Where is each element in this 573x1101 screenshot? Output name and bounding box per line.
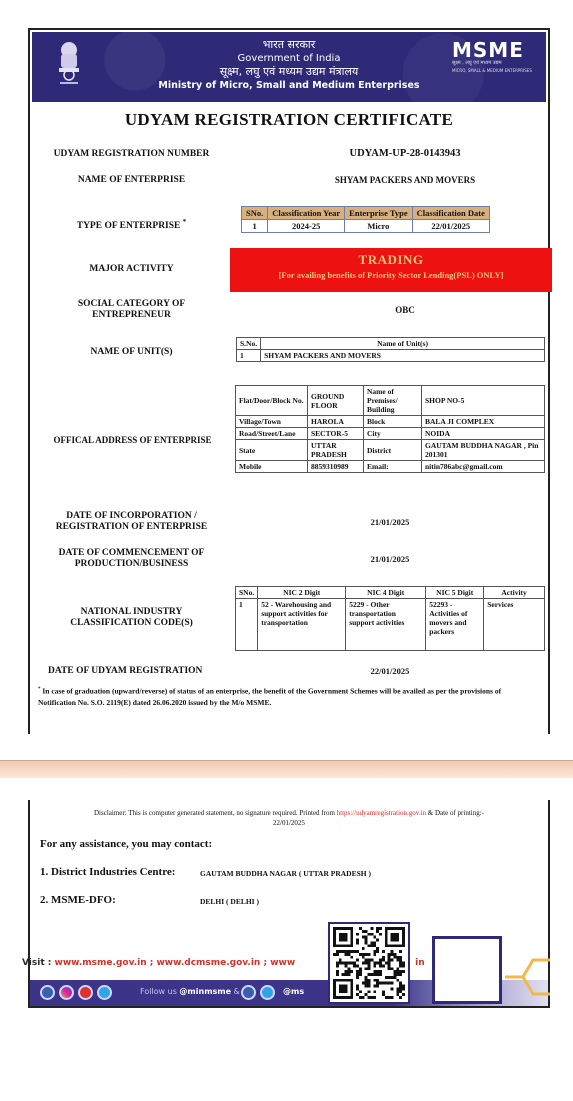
- address-field-value: nitin786abc@gmail.com: [422, 461, 545, 473]
- follow-handle[interactable]: @minmsme: [179, 987, 231, 996]
- nic-table: SNo.NIC 2 DigitNIC 4 DigitNIC 5 DigitAct…: [235, 586, 545, 651]
- address-field-label: Email:: [364, 461, 422, 473]
- address-table: Flat/Door/Block No.GROUND FLOORName of P…: [235, 385, 545, 473]
- enterprise-name-label: NAME OF ENTERPRISE: [44, 175, 219, 186]
- table-row: 152 - Warehousing and support activities…: [236, 599, 545, 651]
- units-label: NAME OF UNIT(S): [44, 347, 219, 358]
- table-row: 1 SHYAM PACKERS AND MOVERS: [237, 350, 545, 362]
- facebook-icon[interactable]: [241, 985, 256, 1000]
- disclaimer-suffix: & Date of printing:-: [426, 809, 484, 817]
- hexagon-decoration-icon: [505, 950, 550, 1006]
- footnote: * In case of graduation (upward/reverse)…: [38, 684, 540, 708]
- follow-us-text: Follow us @minmsme &: [140, 987, 240, 996]
- visit-urls[interactable]: www.msme.gov.in ; www.dcmsme.gov.in ; ww…: [55, 958, 296, 968]
- ministry-banner: भारत सरकार Government of India सूक्ष्म, …: [32, 32, 546, 102]
- type-label-text: TYPE OF ENTERPRISE: [77, 221, 181, 231]
- address-field-label: Road/Street/Lane: [236, 428, 308, 440]
- header-enterprise-type: Enterprise Type: [345, 207, 412, 220]
- address-field-value: NOIDA: [422, 428, 545, 440]
- address-field-label: Mobile: [236, 461, 308, 473]
- address-field-value: GROUND FLOOR: [308, 386, 364, 416]
- address-field-value: HAROLA: [308, 416, 364, 428]
- address-field-value: UTTAR PRADESH: [308, 440, 364, 461]
- address-field-label: Flat/Door/Block No.: [236, 386, 308, 416]
- blank-frame: [432, 936, 502, 1004]
- footnote-text: In case of graduation (upward/reverse) o…: [38, 687, 501, 707]
- udyam-date-label: DATE OF UDYAM REGISTRATION: [48, 666, 223, 677]
- nic-header: NIC 5 Digit: [426, 587, 484, 599]
- major-activity-label: MAJOR ACTIVITY: [44, 264, 219, 275]
- certificate-title: UDYAM REGISTRATION CERTIFICATE: [30, 110, 548, 130]
- enterprise-type-table: SNo. Classification Year Enterprise Type…: [241, 206, 490, 233]
- major-activity-note: [For availing benefits of Priority Secto…: [230, 269, 552, 281]
- disclaimer-prefix: Disclaimer: This is computer generated s…: [94, 809, 337, 817]
- address-field-value: GAUTAM BUDDHA NAGAR , Pin 201301: [422, 440, 545, 461]
- qr-code-icon: [333, 927, 405, 999]
- table-header-row: S.No. Name of Unit(s): [237, 338, 545, 350]
- assistance-heading: For any assistance, you may contact:: [40, 838, 212, 850]
- address-field-value: 8859310989: [308, 461, 364, 473]
- twitter-icon[interactable]: [97, 985, 112, 1000]
- nic-header: NIC 2 Digit: [258, 587, 346, 599]
- table-row: 1 2024-25 Micro 22/01/2025: [242, 220, 490, 233]
- banner-english-line2: Ministry of Micro, Small and Medium Ente…: [32, 79, 546, 92]
- nic-header: SNo.: [236, 587, 258, 599]
- address-field-label: Block: [364, 416, 422, 428]
- enterprise-name: SHYAM PACKERS AND MOVERS: [260, 175, 550, 185]
- cell-enterprise-type: Micro: [345, 220, 412, 233]
- table-row: Road/Street/LaneSECTOR-5CityNOIDA: [236, 428, 545, 440]
- contact-label-dic: 1. District Industries Centre:: [40, 866, 175, 878]
- msme-logo-text: MSME: [452, 40, 534, 60]
- nic-cell: 5229 - Other transportation support acti…: [346, 599, 426, 651]
- registration-number: UDYAM-UP-28-0143943: [260, 148, 550, 159]
- facebook-icon[interactable]: [40, 985, 55, 1000]
- nic-cell: 1: [236, 599, 258, 651]
- table-row: Flat/Door/Block No.GROUND FLOORName of P…: [236, 386, 545, 416]
- type-asterisk: *: [183, 218, 187, 226]
- msme-logo: MSME सूक्ष्म , लघु एवं मध्यम उद्यम MICRO…: [452, 40, 534, 76]
- youtube-icon[interactable]: [78, 985, 93, 1000]
- cell-sno: 1: [237, 350, 261, 362]
- type-of-enterprise-label: TYPE OF ENTERPRISE *: [44, 217, 219, 232]
- cell-sno: 1: [242, 220, 268, 233]
- visit-tail: in: [415, 958, 425, 968]
- header-sno: S.No.: [237, 338, 261, 350]
- cell-classification-date: 22/01/2025: [412, 220, 489, 233]
- certificate-page: भारत सरकार Government of India सूक्ष्म, …: [28, 28, 550, 734]
- address-field-value: SHOP NO-5: [422, 386, 545, 416]
- footnote-mark: *: [38, 687, 41, 692]
- address-field-value: SECTOR-5: [308, 428, 364, 440]
- address-field-label: City: [364, 428, 422, 440]
- disclaimer-link[interactable]: https://udyamregistration.gov.in: [337, 809, 426, 817]
- nic-cell: 52 - Warehousing and support activities …: [258, 599, 346, 651]
- disclaimer: Disclaimer: This is computer generated s…: [40, 808, 538, 828]
- twitter-icon[interactable]: [260, 985, 275, 1000]
- address-field-label: Name of Premises/ Building: [364, 386, 422, 416]
- contact-value-msme-dfo: DELHI ( DELHI ): [200, 897, 259, 906]
- follow-amp: &: [231, 987, 240, 996]
- printing-date: 22/01/2025: [273, 819, 305, 827]
- table-row: Village/TownHAROLABlockBALA JI COMPLEX: [236, 416, 545, 428]
- follow-handle-2-text[interactable]: @ms: [283, 987, 304, 996]
- address-field-label: State: [236, 440, 308, 461]
- qr-code: [328, 922, 410, 1004]
- table-header-row: SNo.NIC 2 DigitNIC 4 DigitNIC 5 DigitAct…: [236, 587, 545, 599]
- msme-logo-english: MICRO, SMALL & MEDIUM ENTERPRISES: [452, 67, 534, 74]
- contact-label-msme-dfo: 2. MSME-DFO:: [40, 894, 116, 906]
- cell-classification-year: 2024-25: [268, 220, 345, 233]
- table-row: StateUTTAR PRADESHDistrictGAUTAM BUDDHA …: [236, 440, 545, 461]
- instagram-icon[interactable]: [59, 985, 74, 1000]
- incorporation-label: DATE OF INCORPORATION / REGISTRATION OF …: [44, 511, 219, 533]
- major-activity-box: TRADING [For availing benefits of Priori…: [230, 248, 552, 292]
- table-row: Mobile8859310989Email:nitin786abc@gmail.…: [236, 461, 545, 473]
- follow-handle-2: @ms: [283, 987, 304, 996]
- cell-unit-name: SHYAM PACKERS AND MOVERS: [261, 350, 545, 362]
- header-classification-date: Classification Date: [412, 207, 489, 220]
- registration-number-label: UDYAM REGISTRATION NUMBER: [44, 149, 219, 160]
- contact-value-dic: GAUTAM BUDDHA NAGAR ( UTTAR PRADESH ): [200, 869, 371, 878]
- address-label: OFFICAL ADDRESS OF ENTERPRISE: [40, 435, 225, 446]
- major-activity-value: TRADING: [230, 251, 552, 269]
- visit-label: Visit :: [22, 958, 55, 968]
- nic-header: NIC 4 Digit: [346, 587, 426, 599]
- nic-header: Activity: [484, 587, 545, 599]
- address-field-label: District: [364, 440, 422, 461]
- nic-label: NATIONAL INDUSTRY CLASSIFICATION CODE(S): [44, 607, 219, 629]
- social-category-value: OBC: [260, 305, 550, 315]
- commencement-label: DATE OF COMMENCEMENT OF PRODUCTION/BUSIN…: [44, 548, 219, 570]
- social-category-label: SOCIAL CATEGORY OF ENTREPRENEUR: [64, 299, 199, 321]
- udyam-date: 22/01/2025: [260, 666, 520, 676]
- table-header-row: SNo. Classification Year Enterprise Type…: [242, 207, 490, 220]
- address-field-value: BALA JI COMPLEX: [422, 416, 545, 428]
- follow-label: Follow us: [140, 987, 179, 996]
- header-sno: SNo.: [242, 207, 268, 220]
- incorporation-date: 21/01/2025: [260, 517, 520, 527]
- header-unit-name: Name of Unit(s): [261, 338, 545, 350]
- nic-cell: 52293 - Activities of movers and packers: [426, 599, 484, 651]
- units-table: S.No. Name of Unit(s) 1 SHYAM PACKERS AN…: [236, 337, 545, 362]
- header-classification-year: Classification Year: [268, 207, 345, 220]
- address-field-label: Village/Town: [236, 416, 308, 428]
- commencement-date: 21/01/2025: [260, 554, 520, 564]
- page-separator: [0, 760, 573, 778]
- nic-cell: Services: [484, 599, 545, 651]
